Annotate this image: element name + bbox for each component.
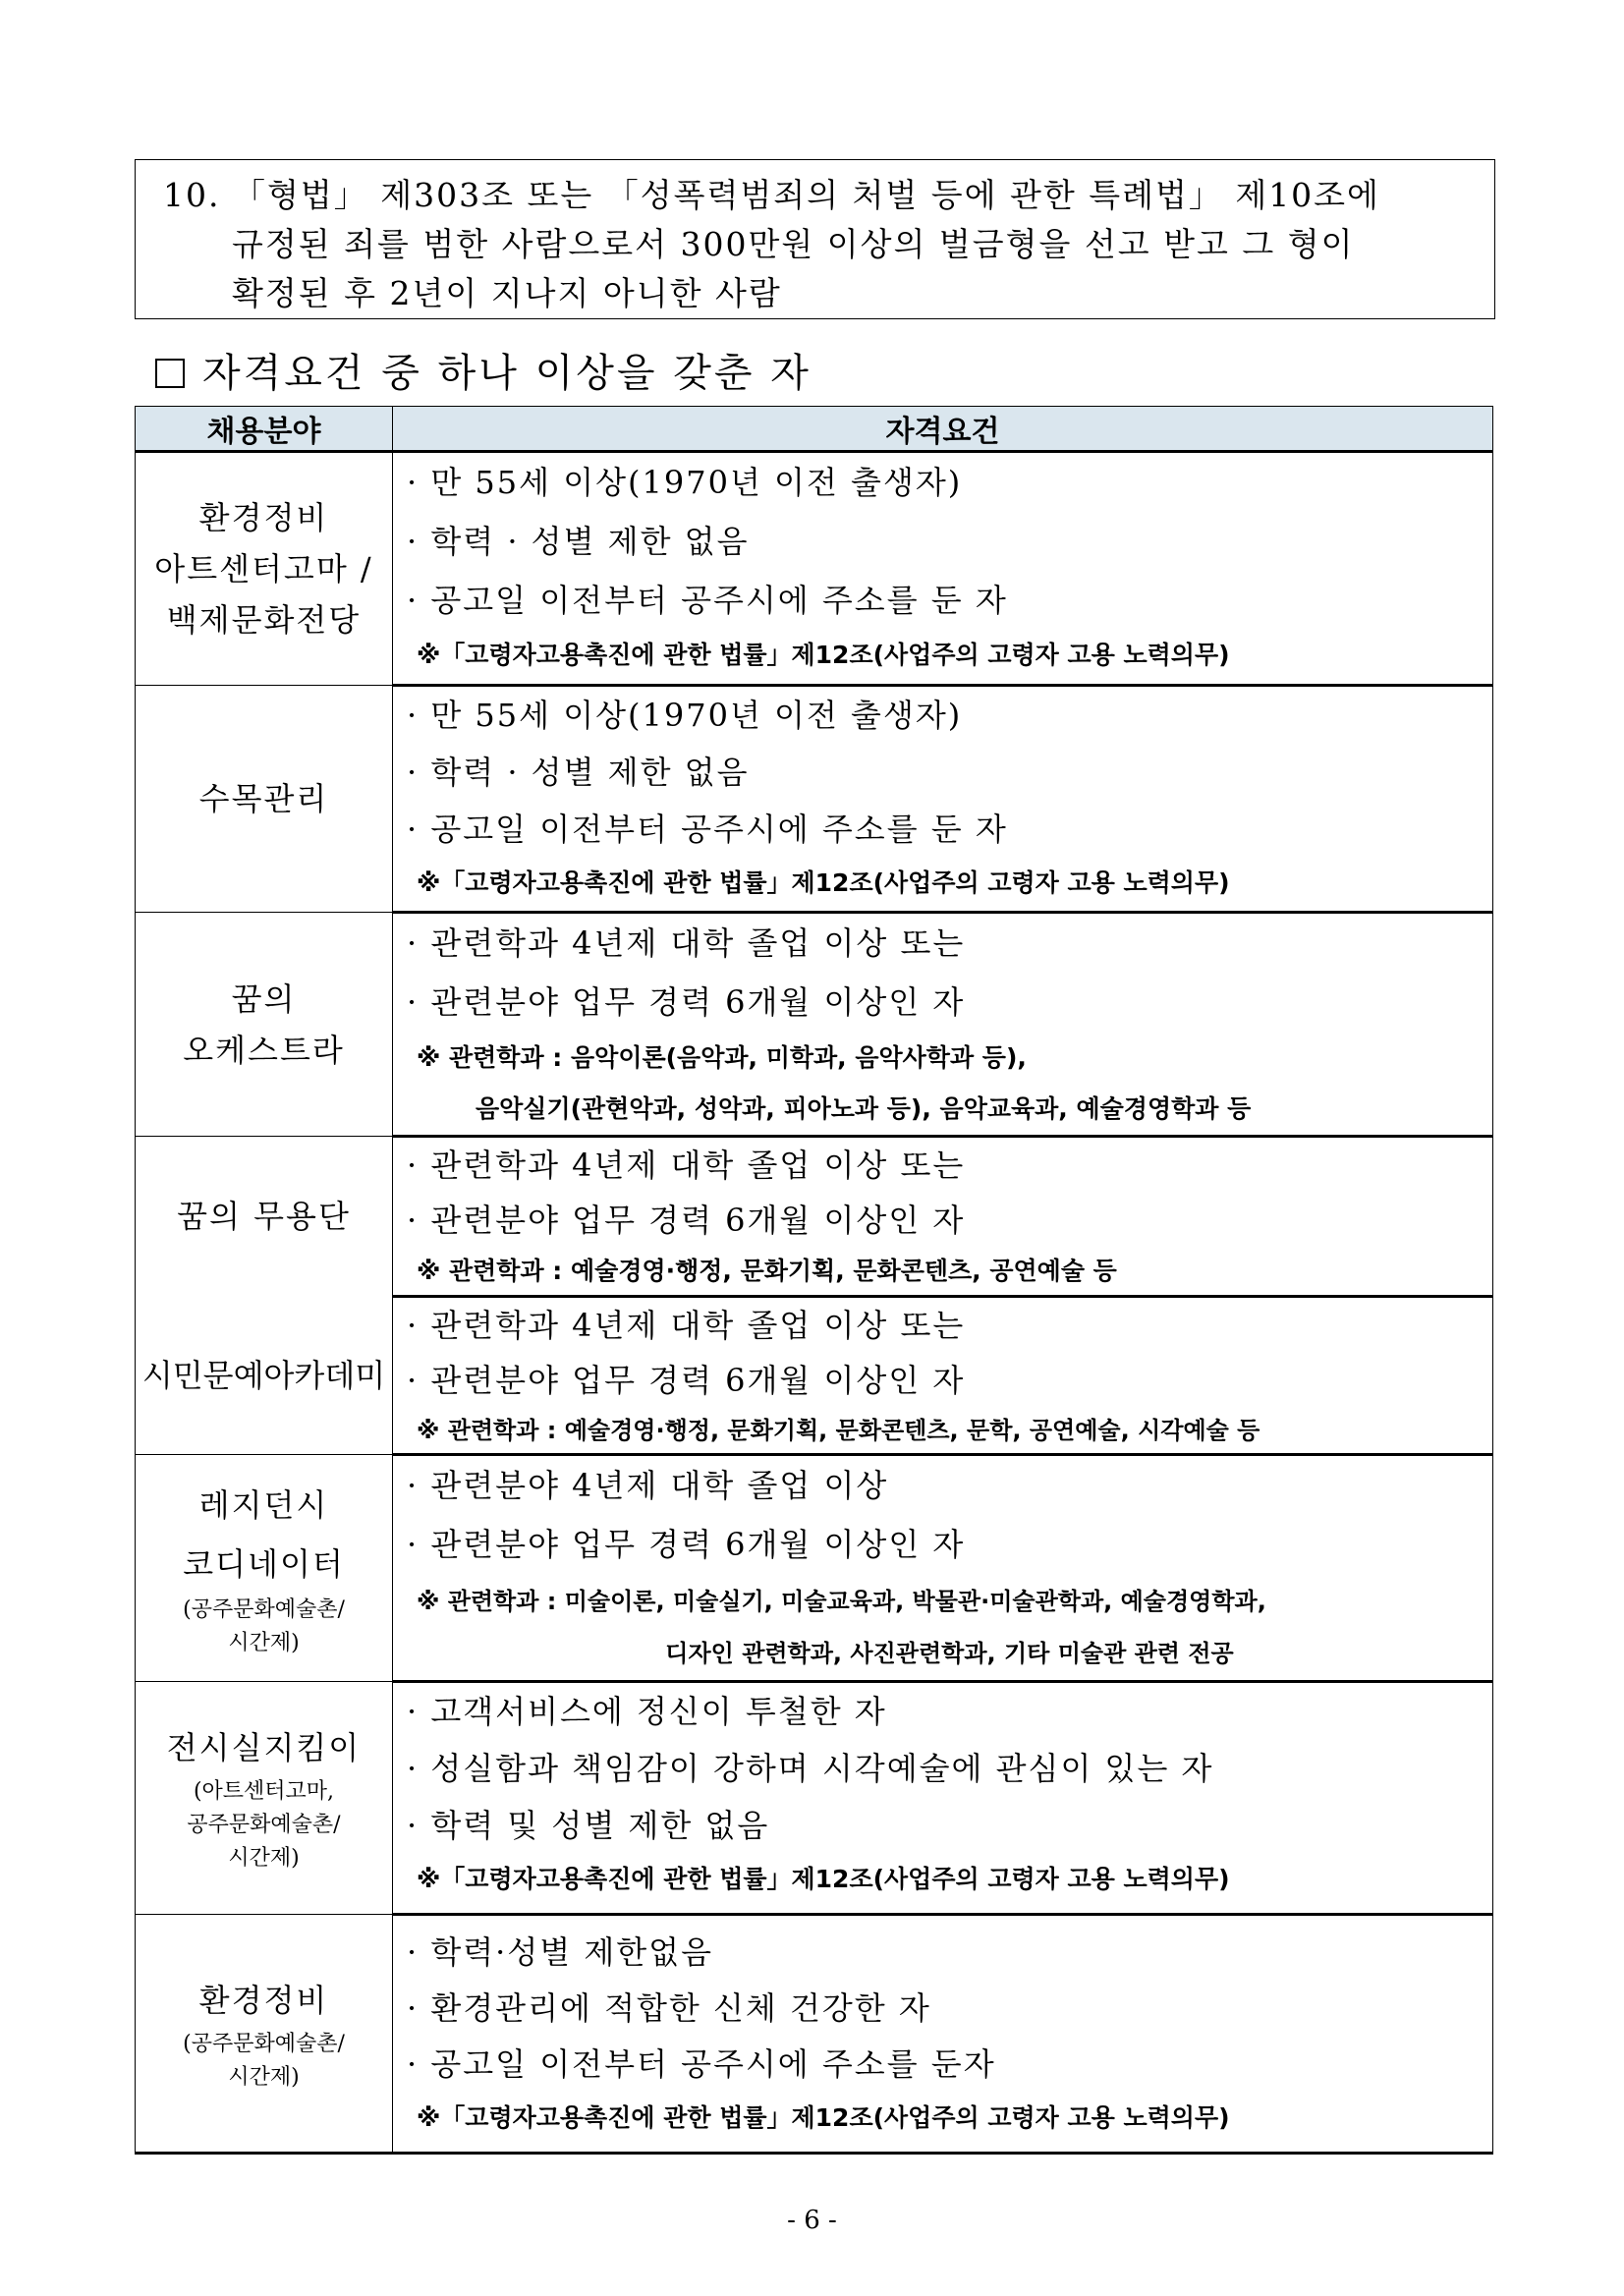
- table-row: 레지던시 코디네이터 (공주문화예술촌/ 시간제) · 관련분야 4년제 대학 …: [136, 1455, 1493, 1682]
- req-item: · 공고일 이전부터 공주시에 주소를 둔자: [407, 2037, 1492, 2093]
- req-note: 디자인 관련학과, 사진관련학과, 기타 미술관 관련 전공: [407, 1629, 1492, 1678]
- req-note: ※ 관련학과 : 예술경영·행정, 문화기획, 문화콘텐츠, 문학, 공연예술,…: [407, 1408, 1492, 1453]
- field-name: 꿈의: [136, 974, 392, 1025]
- requirements-cell: · 고객서비스에 정신이 투철한 자 · 성실함과 책임감이 강하며 시각예술에…: [393, 1682, 1493, 1915]
- field-name: 환경정비: [136, 1973, 392, 2028]
- req-note: ※「고령자고용촉진에 관한 법률」제12조(사업주의 고령자 고용 노력의무): [407, 2093, 1492, 2144]
- field-name: 시민문예아카데미: [136, 1350, 392, 1401]
- field-name: 코디네이터: [136, 1535, 392, 1594]
- req-item: · 관련분야 업무 경력 6개월 이상인 자: [407, 1515, 1492, 1574]
- req-item: · 환경관리에 적합한 신체 건강한 자: [407, 1981, 1492, 2037]
- req-note: ※「고령자고용촉진에 관한 법률」제12조(사업주의 고령자 고용 노력의무): [407, 858, 1492, 909]
- field-subtitle: 시간제): [136, 1627, 392, 1660]
- table-header-row: 채용분야 자격요건: [136, 407, 1493, 452]
- header-field: 채용분야: [136, 407, 393, 452]
- req-item: · 만 55세 이상(1970년 이전 출생자): [407, 453, 1492, 512]
- field-cell: 환경정비 (공주문화예술촌/ 시간제): [136, 1915, 393, 2154]
- field-subtitle: 시간제): [136, 2061, 392, 2095]
- field-cell: 시민문예아카데미: [136, 1297, 393, 1455]
- section-heading: 자격요건 중 하나 이상을 갖춘 자: [155, 342, 812, 398]
- req-item: · 학력·성별 제한없음: [407, 1925, 1492, 1981]
- table-row: 전시실지킴이 (아트센터고마, 공주문화예술촌/ 시간제) · 고객서비스에 정…: [136, 1682, 1493, 1915]
- section-heading-text: 자격요건 중 하나 이상을 갖춘 자: [202, 351, 812, 396]
- req-note: ※ 관련학과 : 미술이론, 미술실기, 미술교육과, 박물관·미술관학과, 예…: [407, 1574, 1492, 1629]
- req-item: · 관련학과 4년제 대학 졸업 이상 또는: [407, 1138, 1492, 1193]
- table-row: 꿈의 오케스트라 · 관련학과 4년제 대학 졸업 이상 또는 · 관련분야 업…: [136, 913, 1493, 1137]
- req-item: · 성실함과 책임감이 강하며 시각예술에 관심이 있는 자: [407, 1740, 1492, 1797]
- table-row: 수목관리 · 만 55세 이상(1970년 이전 출생자) · 학력 · 성별 …: [136, 686, 1493, 913]
- field-cell: 꿈의 무용단: [136, 1137, 393, 1297]
- req-item: · 공고일 이전부터 공주시에 주소를 둔 자: [407, 801, 1492, 858]
- table-row: 환경정비 (공주문화예술촌/ 시간제) · 학력·성별 제한없음 · 환경관리에…: [136, 1915, 1493, 2154]
- page-number: - 6 -: [0, 2206, 1624, 2235]
- requirements-cell: · 관련분야 4년제 대학 졸업 이상 · 관련분야 업무 경력 6개월 이상인…: [393, 1455, 1493, 1682]
- req-item: · 학력 · 성별 제한 없음: [407, 512, 1492, 571]
- requirements-cell: · 관련학과 4년제 대학 졸업 이상 또는 · 관련분야 업무 경력 6개월 …: [393, 1137, 1493, 1297]
- requirements-cell: · 관련학과 4년제 대학 졸업 이상 또는 · 관련분야 업무 경력 6개월 …: [393, 913, 1493, 1137]
- requirements-cell: · 만 55세 이상(1970년 이전 출생자) · 학력 · 성별 제한 없음…: [393, 686, 1493, 913]
- field-name: 수목관리: [136, 773, 392, 824]
- field-name: 꿈의 무용단: [136, 1191, 392, 1242]
- field-cell: 환경정비 아트센터고마 / 백제문화전당: [136, 452, 393, 686]
- box-line-2: 규정된 죄를 범한 사람으로서 300만원 이상의 벌금형을 선고 받고 그 형…: [232, 219, 1354, 265]
- req-item: · 관련분야 업무 경력 6개월 이상인 자: [407, 1353, 1492, 1408]
- field-subtitle: (공주문화예술촌/: [136, 2028, 392, 2061]
- req-item: · 관련분야 4년제 대학 졸업 이상: [407, 1456, 1492, 1515]
- box-line-1: 10. 「형법」 제303조 또는 「성폭력범죄의 처벌 등에 관한 특례법」 …: [163, 170, 1380, 216]
- box-line-3: 확정된 후 2년이 지나지 아니한 사람: [232, 268, 782, 314]
- table-row: 환경정비 아트센터고마 / 백제문화전당 · 만 55세 이상(1970년 이전…: [136, 452, 1493, 686]
- field-name: 백제문화전당: [136, 594, 392, 645]
- req-item: · 공고일 이전부터 공주시에 주소를 둔 자: [407, 571, 1492, 630]
- field-subtitle: 공주문화예술촌/: [136, 1809, 392, 1842]
- req-item: · 관련분야 업무 경력 6개월 이상인 자: [407, 973, 1492, 1032]
- checkbox-square-icon: [155, 359, 185, 388]
- table-row: 시민문예아카데미 · 관련학과 4년제 대학 졸업 이상 또는 · 관련분야 업…: [136, 1297, 1493, 1455]
- qualification-table: 채용분야 자격요건 환경정비 아트센터고마 / 백제문화전당 · 만 55세 이…: [135, 406, 1493, 2155]
- field-subtitle: (공주문화예술촌/: [136, 1594, 392, 1627]
- field-cell: 전시실지킴이 (아트센터고마, 공주문화예술촌/ 시간제): [136, 1682, 393, 1915]
- req-note: ※「고령자고용촉진에 관한 법률」제12조(사업주의 고령자 고용 노력의무): [407, 630, 1492, 681]
- req-note: ※ 관련학과 : 음악이론(음악과, 미학과, 음악사학과 등),: [407, 1032, 1492, 1085]
- req-item: · 관련분야 업무 경력 6개월 이상인 자: [407, 1193, 1492, 1248]
- field-name: 레지던시: [136, 1476, 392, 1535]
- field-subtitle: 시간제): [136, 1842, 392, 1876]
- field-name: 오케스트라: [136, 1025, 392, 1076]
- field-cell: 꿈의 오케스트라: [136, 913, 393, 1137]
- req-item: · 학력 및 성별 제한 없음: [407, 1797, 1492, 1854]
- field-cell: 레지던시 코디네이터 (공주문화예술촌/ 시간제): [136, 1455, 393, 1682]
- field-subtitle: (아트센터고마,: [136, 1775, 392, 1809]
- disqualification-box: 10. 「형법」 제303조 또는 「성폭력범죄의 처벌 등에 관한 특례법」 …: [135, 159, 1495, 319]
- req-item: · 만 55세 이상(1970년 이전 출생자): [407, 687, 1492, 744]
- req-item: · 학력 · 성별 제한 없음: [407, 744, 1492, 801]
- requirements-cell: · 관련학과 4년제 대학 졸업 이상 또는 · 관련분야 업무 경력 6개월 …: [393, 1297, 1493, 1455]
- requirements-cell: · 만 55세 이상(1970년 이전 출생자) · 학력 · 성별 제한 없음…: [393, 452, 1493, 686]
- req-note: ※ 관련학과 : 예술경영·행정, 문화기획, 문화콘텐츠, 공연예술 등: [407, 1248, 1492, 1295]
- req-item: · 고객서비스에 정신이 투철한 자: [407, 1683, 1492, 1740]
- field-name: 전시실지킴이: [136, 1720, 392, 1775]
- table-row: 꿈의 무용단 · 관련학과 4년제 대학 졸업 이상 또는 · 관련분야 업무 …: [136, 1137, 1493, 1297]
- req-note: 음악실기(관현악과, 성악과, 피아노과 등), 음악교육과, 예술경영학과 등: [407, 1085, 1492, 1134]
- field-cell: 수목관리: [136, 686, 393, 913]
- field-name: 환경정비: [136, 492, 392, 543]
- req-item: · 관련학과 4년제 대학 졸업 이상 또는: [407, 914, 1492, 973]
- requirements-cell: · 학력·성별 제한없음 · 환경관리에 적합한 신체 건강한 자 · 공고일 …: [393, 1915, 1493, 2154]
- field-name: 아트센터고마 /: [136, 543, 392, 594]
- header-requirements: 자격요건: [393, 407, 1493, 452]
- req-note: ※「고령자고용촉진에 관한 법률」제12조(사업주의 고령자 고용 노력의무): [407, 1854, 1492, 1905]
- req-item: · 관련학과 4년제 대학 졸업 이상 또는: [407, 1298, 1492, 1353]
